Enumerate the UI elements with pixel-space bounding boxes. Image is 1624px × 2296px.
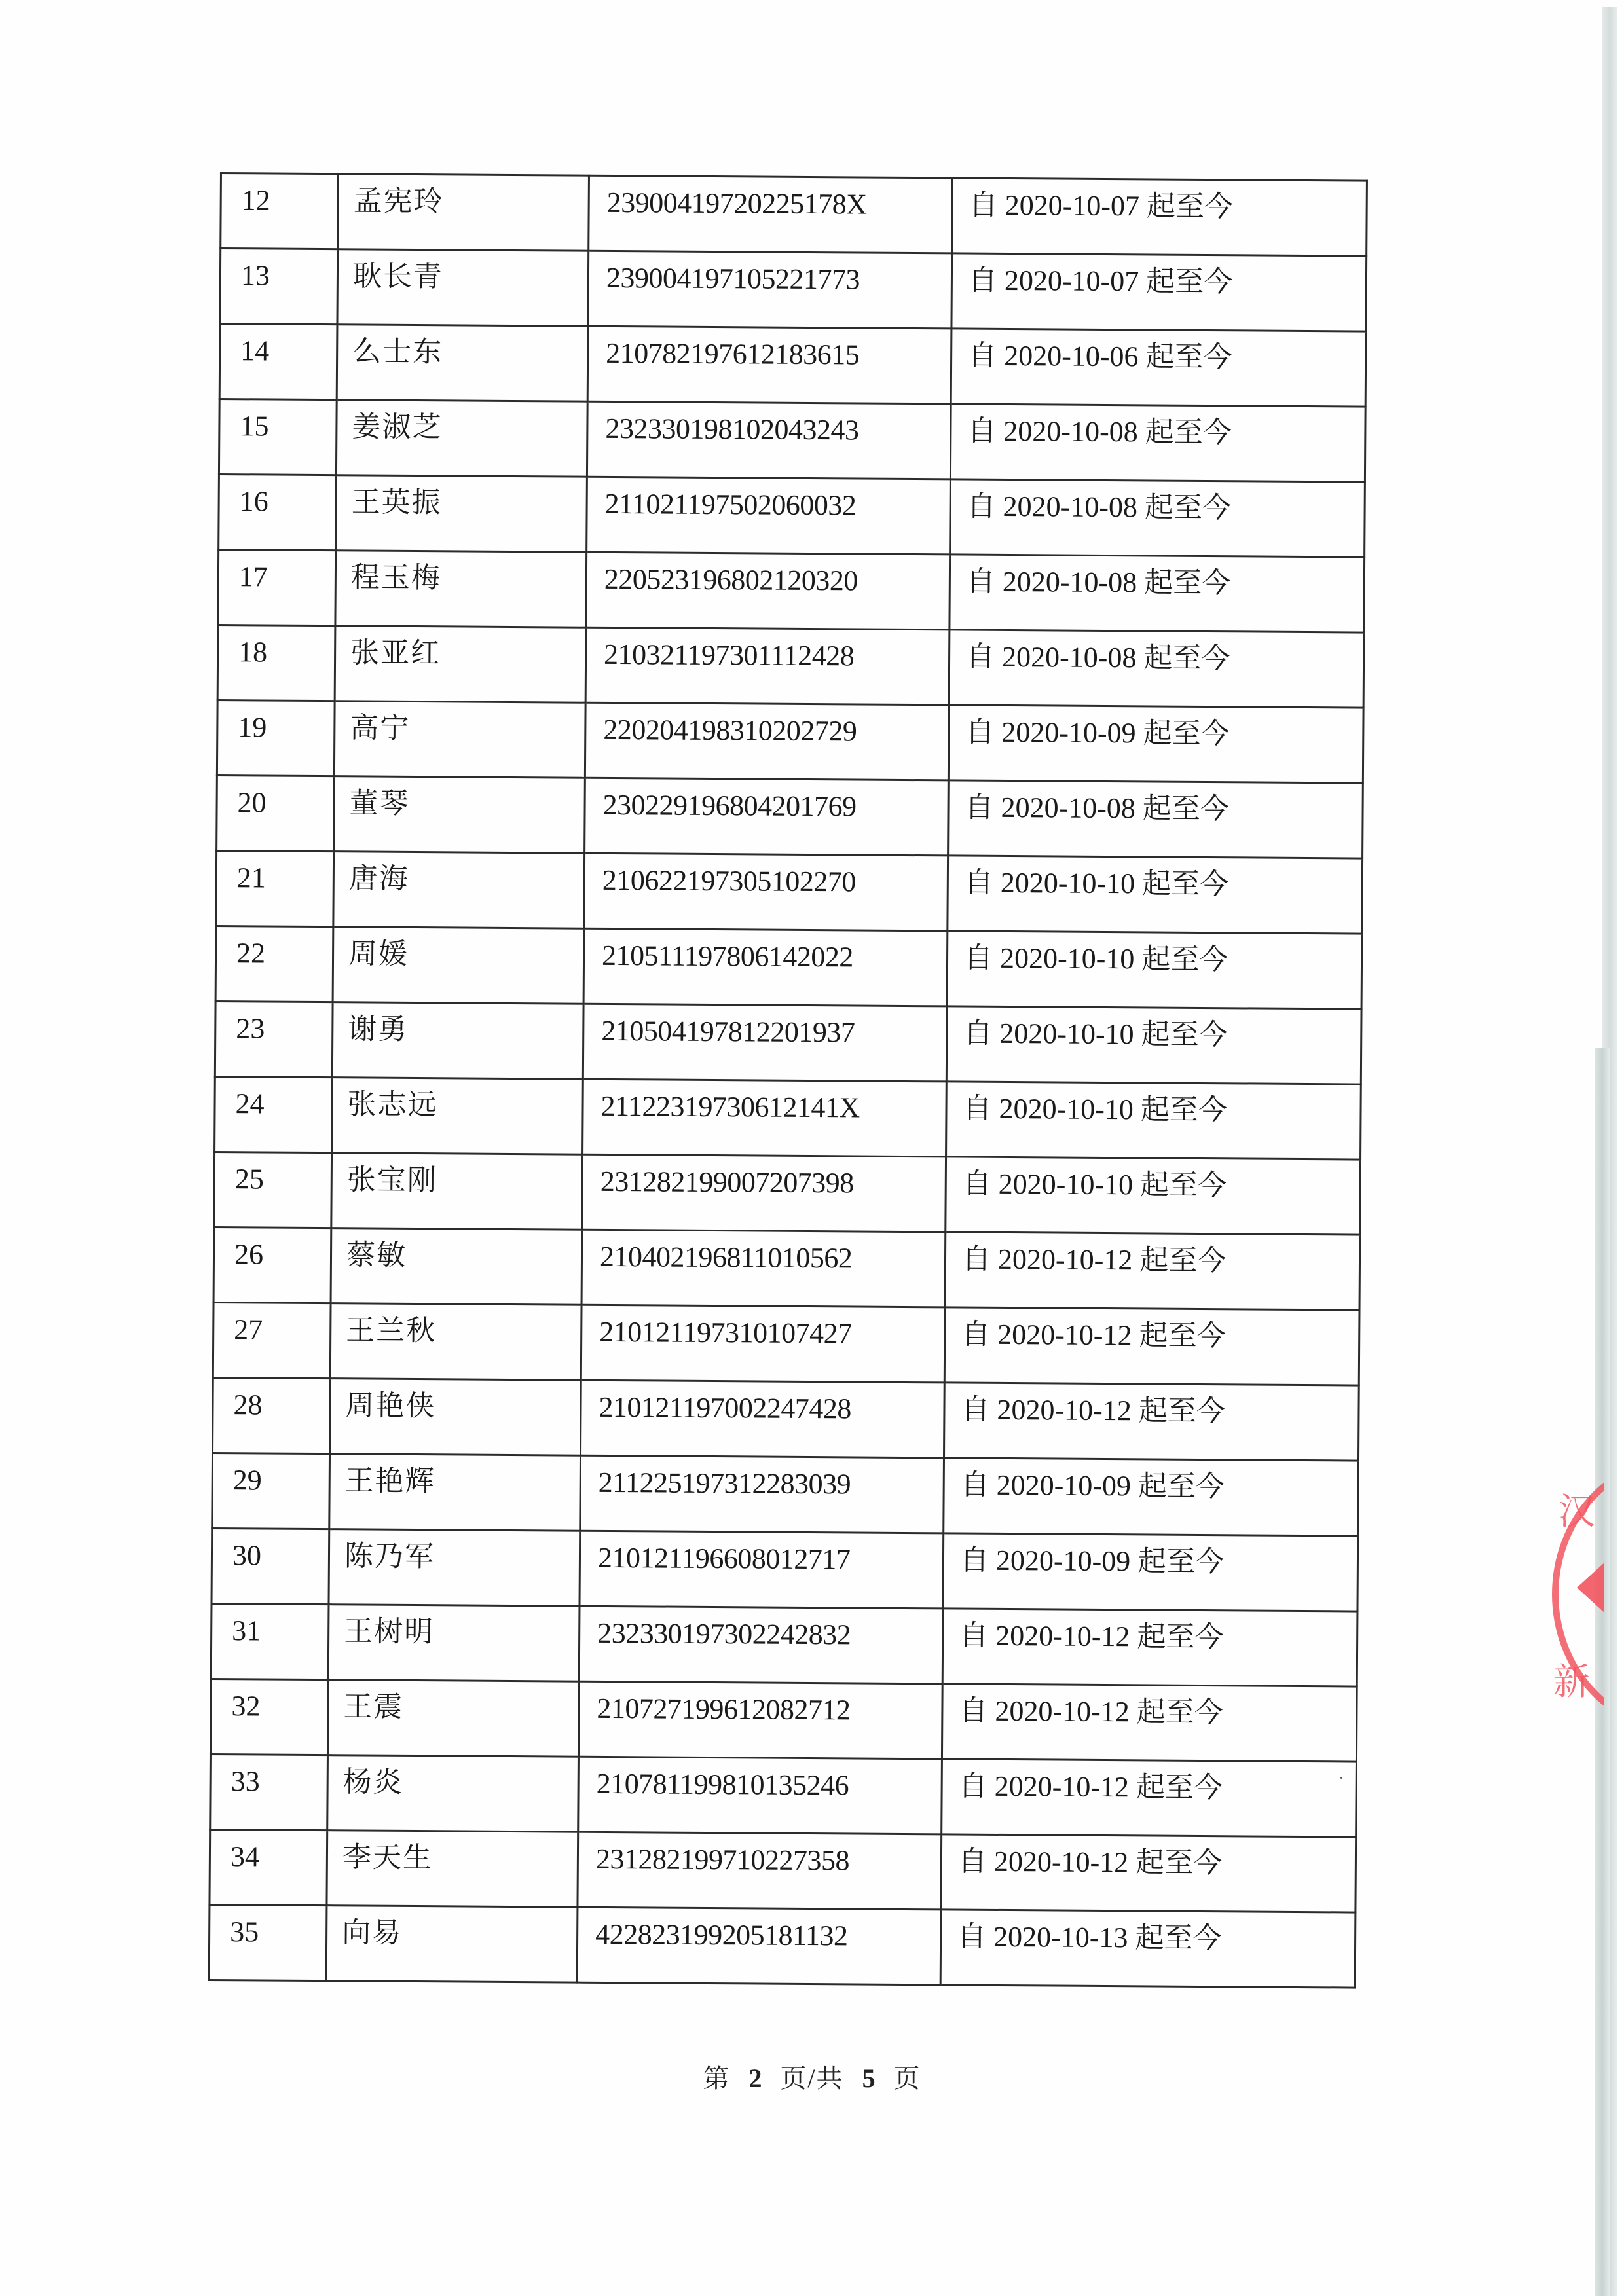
table-row: 20董琴230229196804201769自 2020-10-08 起至今 bbox=[217, 775, 1363, 858]
seal-char-bottom: 新 bbox=[1553, 1653, 1590, 1705]
row-number-cell: 14 bbox=[219, 324, 337, 400]
row-number-cell: 12 bbox=[221, 173, 339, 249]
person-name-cell-text: 陈乃军 bbox=[330, 1530, 579, 1573]
row-number-cell-text: 17 bbox=[219, 551, 335, 592]
current-page-number: 2 bbox=[748, 2064, 762, 2093]
period-cell: 自 2020-10-08 起至今 bbox=[950, 555, 1365, 632]
person-name-cell: 蔡敏 bbox=[331, 1228, 582, 1305]
period-cell-text: 自 2020-10-10 起至今 bbox=[949, 856, 1361, 900]
table-row: 31王树明232330197302242832自 2020-10-12 起至今 bbox=[211, 1603, 1357, 1686]
person-name-cell-text: 唐海 bbox=[335, 852, 583, 895]
row-number-cell-text: 25 bbox=[215, 1153, 331, 1194]
id-number-cell-text: 210121196608012717 bbox=[581, 1532, 942, 1575]
table-row: 16王英振211021197502060032自 2020-10-08 起至今 bbox=[219, 474, 1365, 557]
id-number-cell: 210504197812201937 bbox=[583, 1004, 947, 1082]
person-name-cell-text: 周媛 bbox=[334, 928, 583, 970]
red-official-seal: 汉 新 bbox=[1552, 1457, 1604, 1719]
person-name-cell-text: 李天生 bbox=[328, 1831, 577, 1874]
row-number-cell: 25 bbox=[214, 1152, 332, 1228]
id-number-cell-text: 220204198310202729 bbox=[586, 704, 948, 747]
id-number-cell-text: 210121197310107427 bbox=[582, 1306, 944, 1349]
row-number-cell: 31 bbox=[211, 1603, 329, 1679]
id-number-cell-text: 231282199710227358 bbox=[579, 1833, 940, 1876]
row-number-cell-text: 34 bbox=[211, 1831, 326, 1872]
id-number-cell: 210402196811010562 bbox=[581, 1230, 946, 1307]
person-name-cell: 周艳侠 bbox=[330, 1379, 581, 1456]
row-number-cell: 24 bbox=[215, 1076, 333, 1152]
id-number-cell: 210121196608012717 bbox=[580, 1531, 944, 1609]
period-cell-text: 自 2020-10-07 起至今 bbox=[953, 254, 1365, 297]
person-name-cell-text: 蔡敏 bbox=[332, 1229, 581, 1271]
period-cell-text: 自 2020-10-13 起至今 bbox=[942, 1910, 1354, 1954]
row-number-cell-text: 23 bbox=[216, 1002, 331, 1044]
period-cell: 自 2020-10-08 起至今 bbox=[950, 479, 1365, 557]
period-cell: 自 2020-10-08 起至今 bbox=[950, 404, 1365, 482]
row-number-cell-text: 33 bbox=[212, 1755, 327, 1796]
period-cell-text: 自 2020-10-12 起至今 bbox=[946, 1308, 1358, 1351]
footer-middle: 页/共 bbox=[780, 2064, 843, 2093]
period-cell: 自 2020-10-09 起至今 bbox=[943, 1533, 1358, 1611]
row-number-cell: 16 bbox=[219, 474, 337, 550]
id-number-cell-text: 230229196804201769 bbox=[585, 779, 947, 822]
row-number-cell: 20 bbox=[217, 775, 335, 851]
row-number-cell-text: 18 bbox=[219, 626, 334, 667]
period-cell: 自 2020-10-06 起至今 bbox=[951, 329, 1366, 407]
footer-prefix: 第 bbox=[703, 2064, 730, 2093]
id-number-cell: 210782197612183615 bbox=[587, 326, 951, 404]
period-cell-text: 自 2020-10-09 起至今 bbox=[950, 706, 1362, 749]
person-name-cell: 耿长青 bbox=[337, 249, 589, 327]
id-number-cell: 232330198102043243 bbox=[587, 401, 951, 479]
period-cell: 自 2020-10-10 起至今 bbox=[946, 1006, 1361, 1084]
person-name-cell: 么士东 bbox=[337, 325, 588, 402]
id-number-cell: 232330197302242832 bbox=[579, 1606, 943, 1684]
seal-char-top: 汉 bbox=[1559, 1483, 1595, 1535]
period-cell: 自 2020-10-12 起至今 bbox=[942, 1609, 1357, 1686]
row-number-cell-text: 13 bbox=[221, 249, 337, 291]
id-number-cell-text: 210402196811010562 bbox=[583, 1231, 944, 1274]
period-cell: 自 2020-10-10 起至今 bbox=[947, 931, 1362, 1009]
person-name-cell-text: 王艳辉 bbox=[331, 1455, 580, 1497]
period-cell-text: 自 2020-10-10 起至今 bbox=[948, 932, 1361, 975]
person-name-cell: 高宁 bbox=[334, 701, 585, 778]
period-cell: 自 2020-10-12 起至今 bbox=[944, 1307, 1359, 1385]
id-number-cell: 210781199810135246 bbox=[578, 1757, 942, 1834]
person-name-cell: 周媛 bbox=[333, 927, 584, 1004]
id-number-cell: 220204198310202729 bbox=[585, 702, 949, 780]
row-number-cell-text: 16 bbox=[220, 475, 335, 517]
id-number-cell: 231282199710227358 bbox=[578, 1832, 942, 1910]
row-number-cell: 30 bbox=[212, 1528, 329, 1604]
row-number-cell: 22 bbox=[215, 926, 333, 1002]
person-name-cell-text: 周艳侠 bbox=[331, 1379, 580, 1422]
person-name-cell: 王震 bbox=[327, 1680, 579, 1757]
person-name-cell: 董琴 bbox=[334, 776, 585, 854]
table-row: 30陈乃军210121196608012717自 2020-10-09 起至今 bbox=[212, 1528, 1358, 1611]
table-row: 25张宝刚231282199007207398自 2020-10-10 起至今 bbox=[214, 1152, 1361, 1235]
row-number-cell-text: 24 bbox=[215, 1078, 331, 1119]
period-cell: 自 2020-10-10 起至今 bbox=[948, 856, 1363, 934]
period-cell-text: 自 2020-10-09 起至今 bbox=[944, 1534, 1357, 1577]
person-name-cell: 杨炎 bbox=[327, 1755, 579, 1832]
id-number-cell-text: 21122319730612141X bbox=[583, 1080, 945, 1123]
person-name-cell-text: 王英振 bbox=[337, 476, 586, 519]
person-name-cell-text: 谢勇 bbox=[333, 1003, 582, 1046]
person-name-cell: 姜淑芝 bbox=[336, 400, 587, 477]
id-number-cell: 21122319730612141X bbox=[583, 1079, 947, 1157]
table-row: 29王艳辉211225197312283039自 2020-10-09 起至今 bbox=[212, 1453, 1359, 1536]
period-cell-text: 自 2020-10-08 起至今 bbox=[949, 781, 1361, 824]
person-name-cell-text: 孟宪玲 bbox=[339, 175, 588, 217]
person-name-cell: 程玉梅 bbox=[335, 551, 587, 628]
period-cell-text: 自 2020-10-12 起至今 bbox=[944, 1609, 1356, 1652]
person-name-cell: 王树明 bbox=[328, 1605, 580, 1682]
row-number-cell: 13 bbox=[220, 249, 338, 325]
id-number-cell: 239004197105221773 bbox=[588, 251, 952, 329]
period-cell-text: 自 2020-10-06 起至今 bbox=[952, 329, 1365, 373]
row-number-cell: 33 bbox=[210, 1754, 328, 1830]
table-row: 18张亚红210321197301112428自 2020-10-08 起至今 bbox=[217, 625, 1364, 708]
id-number-cell: 211021197502060032 bbox=[587, 477, 951, 555]
period-cell: 自 2020-10-07 起至今 bbox=[951, 253, 1367, 331]
row-number-cell: 17 bbox=[218, 549, 336, 625]
document-page: 12孟宪玲23900419720225178X自 2020-10-07 起至今1… bbox=[0, 0, 1624, 2296]
id-number-cell-text: 220523196802120320 bbox=[587, 553, 949, 596]
row-number-cell: 27 bbox=[213, 1302, 331, 1378]
id-number-cell-text: 211021197502060032 bbox=[588, 478, 950, 521]
table-row: 27王兰秋210121197310107427自 2020-10-12 起至今 bbox=[213, 1302, 1359, 1385]
table-row: 26蔡敏210402196811010562自 2020-10-12 起至今 bbox=[213, 1227, 1360, 1310]
id-number-cell-text: 210321197301112428 bbox=[587, 629, 948, 672]
person-name-cell-text: 王树明 bbox=[329, 1605, 578, 1648]
person-name-cell-text: 王震 bbox=[329, 1681, 578, 1723]
period-cell: 自 2020-10-12 起至今 bbox=[942, 1759, 1357, 1837]
period-cell: 自 2020-10-09 起至今 bbox=[948, 705, 1363, 783]
table-row: 33杨炎210781199810135246自 2020-10-12 起至今 bbox=[210, 1754, 1357, 1837]
id-number-cell-text: 239004197105221773 bbox=[589, 252, 951, 295]
person-name-cell-text: 姜淑芝 bbox=[337, 401, 586, 443]
person-name-cell: 张志远 bbox=[332, 1078, 583, 1155]
period-cell: 自 2020-10-08 起至今 bbox=[948, 780, 1363, 858]
row-number-cell: 32 bbox=[210, 1679, 328, 1755]
period-cell: 自 2020-10-10 起至今 bbox=[946, 1082, 1361, 1159]
person-name-cell: 谢勇 bbox=[332, 1002, 583, 1080]
person-name-cell: 张宝刚 bbox=[331, 1153, 583, 1230]
person-name-cell-text: 张志远 bbox=[333, 1078, 581, 1121]
row-number-cell-text: 27 bbox=[214, 1303, 329, 1345]
person-name-cell-text: 王兰秋 bbox=[331, 1304, 580, 1347]
row-number-cell: 19 bbox=[217, 700, 335, 776]
id-number-cell-text: 422823199205181132 bbox=[578, 1908, 940, 1952]
period-cell: 自 2020-10-12 起至今 bbox=[945, 1232, 1360, 1310]
person-name-cell-text: 耿长青 bbox=[339, 250, 587, 293]
total-page-count: 5 bbox=[862, 2064, 876, 2093]
table-row: 15姜淑芝232330198102043243自 2020-10-08 起至今 bbox=[219, 399, 1365, 483]
id-number-cell: 210321197301112428 bbox=[585, 627, 950, 705]
period-cell: 自 2020-10-13 起至今 bbox=[940, 1910, 1356, 1988]
row-number-cell: 28 bbox=[213, 1377, 331, 1453]
id-number-cell-text: 232330198102043243 bbox=[588, 403, 950, 446]
row-number-cell: 26 bbox=[213, 1227, 331, 1303]
id-number-cell-text: 210121197002247428 bbox=[581, 1381, 943, 1425]
scan-speck bbox=[1340, 1777, 1342, 1779]
period-cell: 自 2020-10-08 起至今 bbox=[949, 630, 1364, 708]
id-number-cell-text: 210782197612183615 bbox=[589, 327, 950, 371]
period-cell-text: 自 2020-10-12 起至今 bbox=[945, 1383, 1357, 1427]
row-number-cell-text: 28 bbox=[213, 1379, 329, 1420]
page-number-footer: 第 2 页/共 5 页 bbox=[0, 2058, 1624, 2095]
row-number-cell-text: 29 bbox=[213, 1454, 329, 1495]
row-number-cell-text: 31 bbox=[212, 1605, 327, 1646]
table-row: 12孟宪玲23900419720225178X自 2020-10-07 起至今 bbox=[221, 173, 1367, 257]
table-row: 14么士东210782197612183615自 2020-10-06 起至今 bbox=[219, 324, 1366, 407]
id-number-cell: 210622197305102270 bbox=[584, 853, 948, 931]
row-number-cell-text: 32 bbox=[212, 1680, 327, 1721]
row-number-cell-text: 35 bbox=[210, 1906, 325, 1947]
id-number-cell: 231282199007207398 bbox=[582, 1154, 946, 1232]
id-number-cell: 422823199205181132 bbox=[577, 1907, 941, 1985]
person-name-cell-text: 张宝刚 bbox=[333, 1154, 581, 1196]
person-name-cell-text: 杨炎 bbox=[329, 1756, 578, 1798]
person-name-cell: 王英振 bbox=[336, 475, 587, 553]
table-row: 24张志远21122319730612141X自 2020-10-10 起至今 bbox=[215, 1076, 1361, 1159]
id-number-cell-text: 211225197312283039 bbox=[581, 1457, 943, 1500]
row-number-cell-text: 20 bbox=[217, 776, 333, 818]
id-number-cell: 230229196804201769 bbox=[585, 778, 949, 856]
id-number-cell: 220523196802120320 bbox=[586, 552, 950, 630]
person-name-cell: 陈乃军 bbox=[329, 1529, 580, 1607]
period-cell-text: 自 2020-10-12 起至今 bbox=[943, 1685, 1356, 1728]
person-name-cell-text: 高宁 bbox=[335, 702, 584, 744]
period-cell-text: 自 2020-10-12 起至今 bbox=[946, 1233, 1359, 1276]
person-name-cell-text: 么士东 bbox=[338, 325, 587, 368]
period-cell-text: 自 2020-10-07 起至今 bbox=[953, 179, 1366, 222]
id-number-cell: 211225197312283039 bbox=[580, 1455, 944, 1533]
id-number-cell: 210121197002247428 bbox=[581, 1380, 945, 1458]
period-cell-text: 自 2020-10-08 起至今 bbox=[951, 405, 1364, 448]
person-name-cell: 孟宪玲 bbox=[338, 174, 589, 251]
id-number-cell: 210727199612082712 bbox=[578, 1681, 942, 1759]
person-name-cell-text: 张亚红 bbox=[336, 627, 585, 669]
id-number-cell-text: 210622197305102270 bbox=[585, 854, 947, 898]
row-number-cell: 34 bbox=[210, 1829, 327, 1905]
id-number-cell: 210511197806142022 bbox=[583, 928, 948, 1006]
table-row: 23谢勇210504197812201937自 2020-10-10 起至今 bbox=[215, 1001, 1361, 1084]
period-cell-text: 自 2020-10-10 起至今 bbox=[947, 1082, 1359, 1125]
period-cell-text: 自 2020-10-10 起至今 bbox=[947, 1157, 1359, 1201]
period-cell-text: 自 2020-10-08 起至今 bbox=[951, 555, 1363, 598]
row-number-cell: 18 bbox=[217, 625, 335, 701]
table-row: 22周媛210511197806142022自 2020-10-10 起至今 bbox=[215, 926, 1362, 1009]
id-number-cell: 23900419720225178X bbox=[589, 175, 953, 253]
person-name-cell: 王艳辉 bbox=[329, 1454, 581, 1531]
table-row: 17程玉梅220523196802120320自 2020-10-08 起至今 bbox=[218, 549, 1365, 632]
row-number-cell-text: 15 bbox=[220, 400, 335, 441]
row-number-cell: 35 bbox=[209, 1904, 327, 1980]
period-cell-text: 自 2020-10-10 起至今 bbox=[948, 1007, 1360, 1050]
person-name-cell: 张亚红 bbox=[335, 626, 586, 703]
roster-table-container: 12孟宪玲23900419720225178X自 2020-10-07 起至今1… bbox=[208, 172, 1362, 1989]
period-cell: 自 2020-10-10 起至今 bbox=[946, 1157, 1361, 1235]
id-number-cell-text: 210504197812201937 bbox=[584, 1005, 946, 1048]
id-number-cell-text: 210781199810135246 bbox=[580, 1758, 941, 1801]
table-row: 28周艳侠210121197002247428自 2020-10-12 起至今 bbox=[213, 1377, 1359, 1461]
id-number-cell-text: 23900419720225178X bbox=[590, 177, 951, 220]
row-number-cell-text: 21 bbox=[217, 852, 333, 893]
id-number-cell-text: 232330197302242832 bbox=[580, 1607, 942, 1650]
period-cell: 自 2020-10-09 起至今 bbox=[944, 1458, 1359, 1536]
id-number-cell-text: 231282199007207398 bbox=[583, 1156, 945, 1199]
period-cell: 自 2020-10-12 起至今 bbox=[944, 1383, 1359, 1461]
row-number-cell: 23 bbox=[215, 1001, 333, 1077]
row-number-cell-text: 26 bbox=[215, 1228, 330, 1269]
person-name-cell: 向易 bbox=[326, 1906, 578, 1983]
table-row: 13耿长青239004197105221773自 2020-10-07 起至今 bbox=[220, 249, 1367, 332]
id-number-cell-text: 210727199612082712 bbox=[580, 1683, 941, 1726]
row-number-cell: 29 bbox=[212, 1453, 330, 1529]
row-number-cell-text: 19 bbox=[218, 701, 333, 742]
row-number-cell-text: 14 bbox=[221, 325, 336, 366]
period-cell: 自 2020-10-12 起至今 bbox=[942, 1684, 1357, 1762]
person-name-cell: 李天生 bbox=[327, 1831, 578, 1908]
table-row: 21唐海210622197305102270自 2020-10-10 起至今 bbox=[216, 850, 1363, 934]
period-cell-text: 自 2020-10-09 起至今 bbox=[945, 1459, 1357, 1502]
table-row: 19高宁220204198310202729自 2020-10-09 起至今 bbox=[217, 700, 1363, 783]
row-number-cell-text: 22 bbox=[217, 927, 332, 968]
roster-table-body: 12孟宪玲23900419720225178X自 2020-10-07 起至今1… bbox=[209, 173, 1367, 1988]
period-cell-text: 自 2020-10-12 起至今 bbox=[943, 1760, 1356, 1803]
roster-table: 12孟宪玲23900419720225178X自 2020-10-07 起至今1… bbox=[208, 172, 1368, 1989]
period-cell-text: 自 2020-10-08 起至今 bbox=[950, 630, 1363, 674]
id-number-cell-text: 210511197806142022 bbox=[585, 930, 946, 973]
row-number-cell-text: 12 bbox=[222, 174, 337, 215]
period-cell-text: 自 2020-10-08 起至今 bbox=[951, 480, 1363, 523]
period-cell: 自 2020-10-07 起至今 bbox=[952, 178, 1367, 256]
person-name-cell-text: 向易 bbox=[327, 1906, 576, 1949]
id-number-cell: 210121197310107427 bbox=[581, 1305, 945, 1383]
person-name-cell-text: 程玉梅 bbox=[337, 551, 585, 594]
row-number-cell-text: 30 bbox=[213, 1529, 328, 1571]
person-name-cell-text: 董琴 bbox=[335, 777, 583, 820]
person-name-cell: 唐海 bbox=[333, 852, 585, 929]
table-row: 32王震210727199612082712自 2020-10-12 起至今 bbox=[210, 1679, 1357, 1762]
period-cell: 自 2020-10-12 起至今 bbox=[941, 1834, 1356, 1912]
footer-suffix: 页 bbox=[894, 2064, 921, 2093]
table-row: 35向易422823199205181132自 2020-10-13 起至今 bbox=[209, 1904, 1356, 1988]
row-number-cell: 21 bbox=[216, 850, 334, 926]
row-number-cell: 15 bbox=[219, 399, 337, 475]
period-cell-text: 自 2020-10-12 起至今 bbox=[942, 1835, 1355, 1878]
person-name-cell: 王兰秋 bbox=[330, 1303, 581, 1381]
seal-star-icon bbox=[1577, 1561, 1604, 1614]
table-row: 34李天生231282199710227358自 2020-10-12 起至今 bbox=[210, 1829, 1356, 1912]
